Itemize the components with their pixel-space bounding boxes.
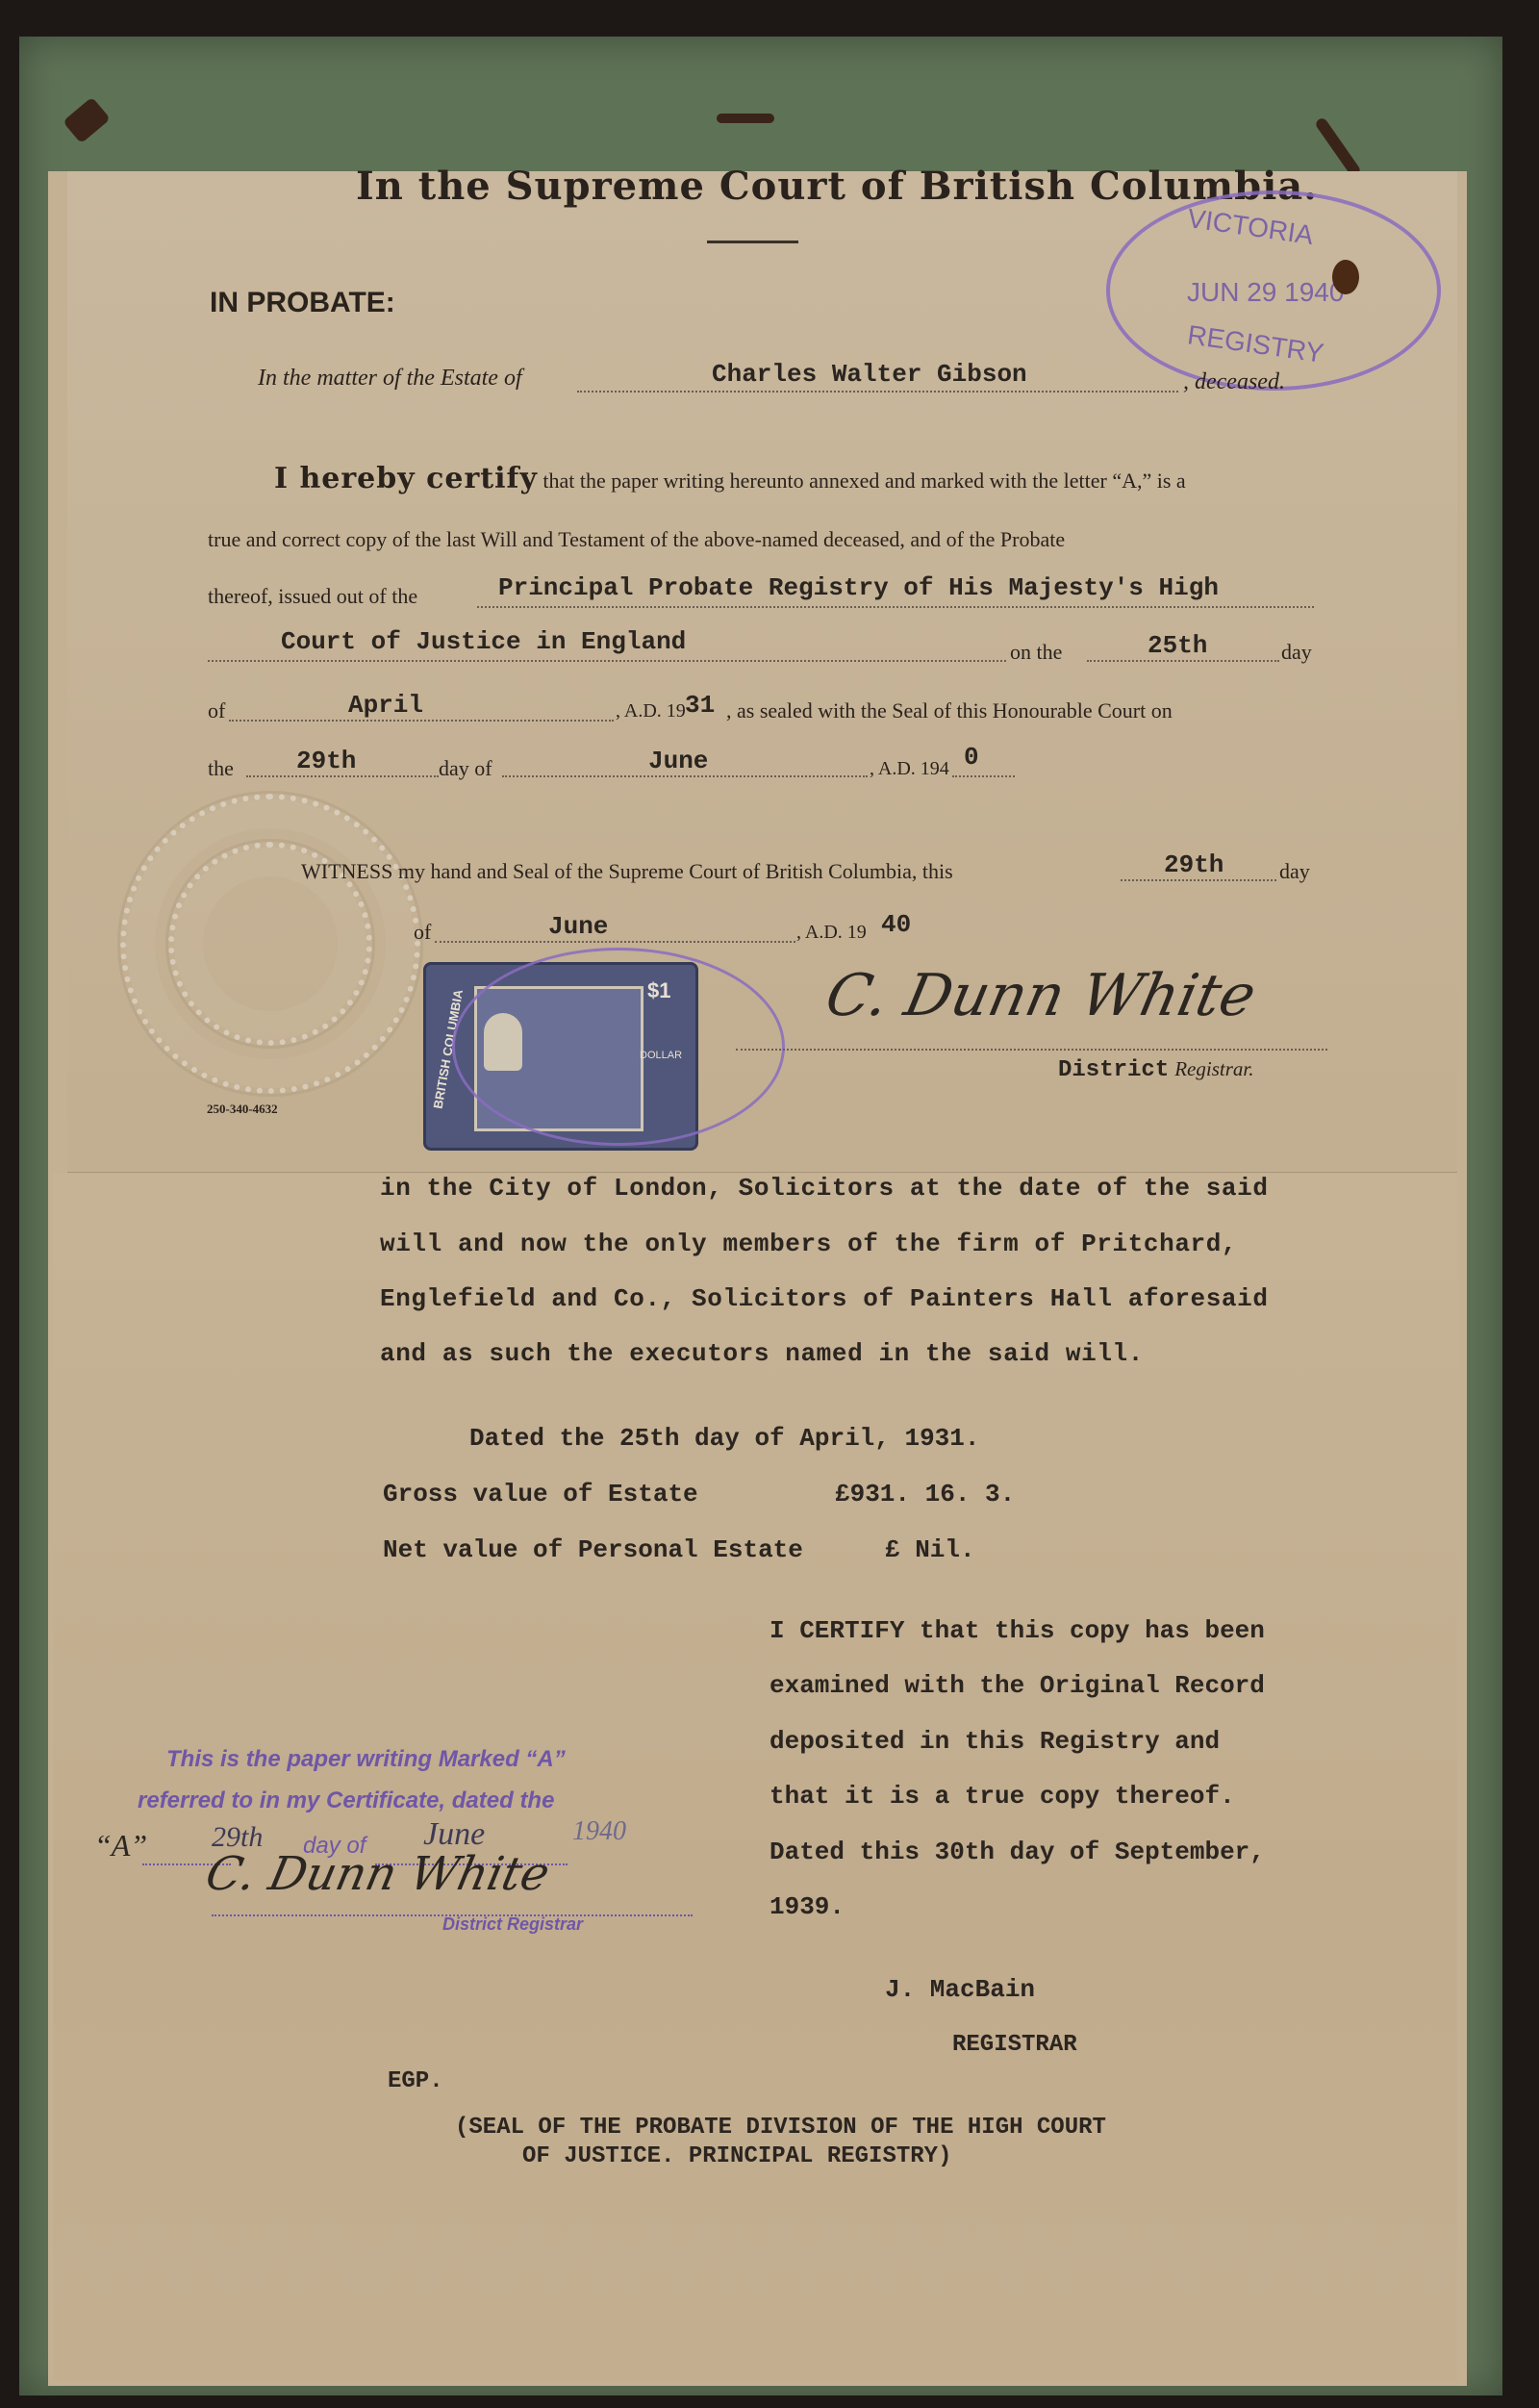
- seal-note-line-1: (SEAL OF THE PROBATE DIVISION OF THE HIG…: [455, 2115, 1106, 2141]
- form-number: 250-340-4632: [207, 1102, 278, 1117]
- signature-line: [736, 1049, 1327, 1051]
- rust-stain: [1332, 260, 1359, 294]
- witness-day-field-line: [1121, 879, 1276, 881]
- exhibit-stamp-line-2: referred to in my Certificate, dated the: [138, 1787, 554, 1814]
- eng-cert-line-6: 1939.: [769, 1892, 845, 1921]
- seal-note-line-2: OF JUSTICE. PRINCIPAL REGISTRY): [522, 2143, 951, 2169]
- sealed-month[interactable]: June: [648, 747, 708, 775]
- eng-cert-line-5: Dated this 30th day of September,: [769, 1838, 1265, 1866]
- estate-suffix: , deceased.: [1183, 369, 1285, 395]
- witness-month-field-line: [435, 941, 795, 943]
- witness-day[interactable]: 29th: [1164, 850, 1224, 879]
- witness-year-suffix[interactable]: 40: [881, 910, 911, 939]
- on-the-label: on the: [1010, 640, 1062, 665]
- sealed-month-field-line: [502, 775, 868, 777]
- eng-cert-line-3: deposited in this Registry and: [769, 1727, 1220, 1756]
- will-dated: Dated the 25th day of April, 1931.: [469, 1424, 980, 1453]
- will-line-4: and as such the executors named in the s…: [380, 1339, 1144, 1368]
- estate-name[interactable]: Charles Walter Gibson: [712, 360, 1027, 389]
- net-value: £ Nil.: [885, 1535, 975, 1564]
- cert-line-1: I hereby certify that the paper writing …: [274, 462, 1186, 495]
- office-field-line-2: [208, 660, 1006, 662]
- fastener-center: [717, 114, 774, 123]
- eng-cert-line-1: I CERTIFY that this copy has been: [769, 1616, 1265, 1645]
- of-label: of: [208, 698, 225, 723]
- day-label: day: [1281, 640, 1312, 665]
- court-title: In the Supreme Court of British Columbia…: [356, 164, 1318, 209]
- witness-text: WITNESS my hand and Seal of the Supreme …: [301, 859, 953, 884]
- title-rule: [707, 241, 798, 243]
- will-line-1: in the City of London, Solicitors at the…: [380, 1174, 1269, 1203]
- estate-prefix: In the matter of the Estate of: [258, 366, 522, 392]
- will-line-2: will and now the only members of the fir…: [380, 1229, 1237, 1258]
- exhibit-registrar-title: District Registrar: [442, 1914, 583, 1935]
- sealed-day[interactable]: 29th: [296, 747, 356, 775]
- issuing-office-line-2[interactable]: Court of Justice in England: [281, 627, 686, 656]
- the-label: the: [208, 756, 234, 781]
- net-value-label: Net value of Personal Estate: [383, 1535, 803, 1564]
- stamp-top-text: VICTORIA: [1185, 203, 1315, 251]
- gross-value: £931. 16. 3.: [835, 1480, 1015, 1508]
- issue-month[interactable]: April: [348, 691, 423, 720]
- day-of-label: day of: [439, 756, 492, 781]
- typist-initials: EGP.: [388, 2068, 443, 2094]
- estate-name-field-line: [577, 391, 1178, 393]
- stamp-bottom-text: REGISTRY: [1185, 319, 1325, 369]
- eng-cert-line-2: examined with the Original Record: [769, 1671, 1265, 1700]
- title-italic: Registrar.: [1174, 1057, 1253, 1080]
- cert-line-2: true and correct copy of the last Will a…: [208, 527, 1065, 552]
- witness-day-label: day: [1279, 859, 1310, 884]
- gross-value-label: Gross value of Estate: [383, 1480, 698, 1508]
- issue-day[interactable]: 25th: [1148, 631, 1207, 660]
- issue-month-field-line: [229, 720, 614, 722]
- issue-day-field-line: [1087, 660, 1279, 662]
- victoria-registry-stamp: VICTORIA JUN 29 1940 REGISTRY: [1106, 190, 1441, 391]
- exhibit-marker: “A”: [94, 1828, 147, 1863]
- sealed-text: , as sealed with the Seal of this Honour…: [726, 698, 1173, 723]
- witness-ad-label: , A.D. 19: [796, 922, 867, 944]
- issue-year-suffix[interactable]: 31: [685, 691, 715, 720]
- cert-opening: I hereby certify: [274, 462, 538, 495]
- victoria-registry-overstamp: [452, 948, 785, 1146]
- will-line-3: Englefield and Co., Solicitors of Painte…: [380, 1284, 1269, 1313]
- district-registrar-title: District Registrar.: [1058, 1056, 1253, 1083]
- office-field-line-1: [477, 606, 1314, 608]
- sealed-ad-label: , A.D. 194: [870, 758, 949, 780]
- sealed-year-suffix[interactable]: 0: [964, 743, 979, 772]
- sealed-day-field-line: [246, 775, 439, 777]
- section-label: IN PROBATE:: [210, 287, 395, 319]
- cert-line-3-prefix: thereof, issued out of the: [208, 584, 417, 609]
- ad-label: , A.D. 19: [616, 700, 686, 722]
- title-bold: District: [1058, 1057, 1169, 1083]
- exhibit-signature: C. Dunn White: [201, 1847, 554, 1901]
- issuing-office-line-1[interactable]: Principal Probate Registry of His Majest…: [498, 573, 1219, 602]
- registrar-title: REGISTRAR: [952, 2032, 1077, 2058]
- sealed-year-field-line: [952, 775, 1015, 777]
- registrar-name: J. MacBain: [885, 1975, 1035, 2004]
- registrar-signature: C. Dunn White: [820, 962, 1262, 1029]
- stamp-date: JUN 29 1940: [1187, 277, 1344, 308]
- exhibit-year[interactable]: 1940: [572, 1816, 626, 1847]
- eng-cert-line-4: that it is a true copy thereof.: [769, 1782, 1235, 1811]
- cert-line-1-rest: that the paper writing hereunto annexed …: [542, 469, 1185, 493]
- exhibit-stamp-line-1: This is the paper writing Marked “A”: [166, 1746, 566, 1773]
- witness-of-label: of: [414, 920, 431, 945]
- witness-month[interactable]: June: [548, 912, 608, 941]
